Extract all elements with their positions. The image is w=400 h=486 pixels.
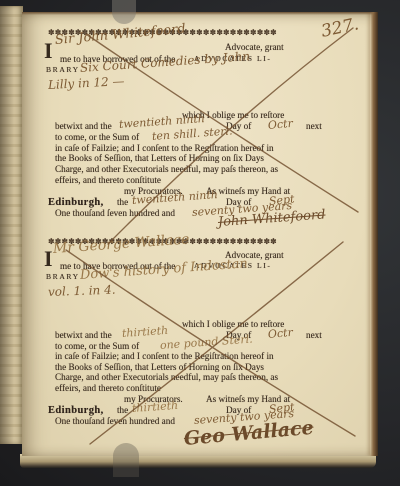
printed-failzie: in caſe of Failzie; and I conſent to the… xyxy=(55,351,274,361)
book-line-2: vol. 1. in 4. xyxy=(22,285,378,298)
printed-charge: Charge, and other Executorials needful, … xyxy=(55,372,278,382)
signature-line-1: John Whitefoord xyxy=(22,215,378,228)
book-fore-edge xyxy=(20,454,376,468)
printed-brary: BRARY xyxy=(46,272,80,281)
return-month-handwriting: Octr xyxy=(267,326,293,341)
return-month-handwriting: Octr xyxy=(267,117,293,132)
printed-betwixt: betwixt and the xyxy=(55,121,112,131)
printed-effeirs: effeirs, and thereto conſtitute xyxy=(55,175,161,185)
page-stack-edge xyxy=(0,6,23,444)
signed-day-handwriting: thirtieth xyxy=(132,399,179,415)
printed-charge: Charge, and other Executorials needful, … xyxy=(55,164,278,174)
printed-edinburgh: Edinburgh, xyxy=(48,197,104,208)
book-strap-top xyxy=(112,0,136,24)
printed-next: next xyxy=(306,121,322,131)
return-day-handwriting: thirtieth xyxy=(122,324,169,340)
printed-effeirs: effeirs, and thereto conſtitute xyxy=(55,383,161,393)
printed-the: the xyxy=(117,405,128,415)
register-page: 327. ✽✽✽✽✽✽✽✽✽✽✽✽✽✽✽✽✽✽✽✽✽✽✽✽✽✽✽✽✽✽✽✽✽✽ … xyxy=(22,12,378,456)
book-line-2: Lilly in 12 — xyxy=(22,78,378,91)
printed-books-session: the Books of Seſſion, that Letters of Ho… xyxy=(55,153,264,163)
scanned-register-page: 327. ✽✽✽✽✽✽✽✽✽✽✽✽✽✽✽✽✽✽✽✽✽✽✽✽✽✽✽✽✽✽✽✽✽✽ … xyxy=(0,0,400,486)
worn-page-edge xyxy=(370,12,378,456)
printed-brary: BRARY xyxy=(46,65,80,74)
book-format-handwriting: Lilly in 12 — xyxy=(48,74,125,92)
printed-books-session: the Books of Seſſion, that Letters of Ho… xyxy=(55,362,264,372)
signature-line-2: Geo Wallace xyxy=(22,422,378,435)
printed-betwixt: betwixt and the xyxy=(55,330,112,340)
printed-failzie: in caſe of Failzie; and I conſent to the… xyxy=(55,143,274,153)
printed-edinburgh: Edinburgh, xyxy=(48,405,104,416)
printed-the: the xyxy=(117,197,128,207)
book-strap-bottom xyxy=(113,443,139,477)
book-format-handwriting: vol. 1. in 4. xyxy=(48,283,116,299)
printed-sum-prefix: to come, or the Sum of xyxy=(55,341,139,351)
printed-next: next xyxy=(306,330,322,340)
printed-sum-prefix: to come, or the Sum of xyxy=(55,132,139,142)
borrower-signature: Geo Wallace xyxy=(183,417,314,450)
